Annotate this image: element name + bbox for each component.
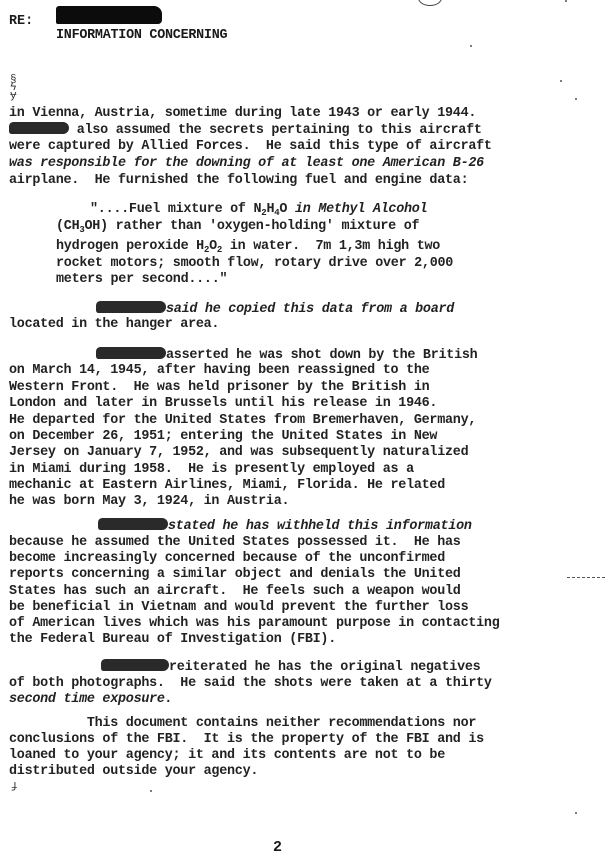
text-line: conclusions of the FBI. It is the proper… [9, 732, 484, 748]
redaction-block [96, 347, 166, 359]
speck [575, 98, 577, 100]
text-line: He departed for the United States from B… [9, 413, 476, 429]
quote-line: (CH3OH) rather than 'oxygen-holding' mix… [56, 219, 419, 238]
text-line: on March 14, 1945, after having been rea… [9, 363, 429, 379]
redaction-block [101, 659, 169, 671]
text-line: was responsible for the downing of at le… [9, 156, 484, 172]
text-line: in Miami during 1958. He is presently em… [9, 462, 414, 478]
text-line: be beneficial in Vietnam and would preve… [9, 600, 468, 616]
redaction-block [96, 301, 166, 313]
speck [150, 790, 152, 792]
subject-line: INFORMATION CONCERNING [56, 28, 227, 43]
text-line: also assumed the secrets pertaining to t… [9, 122, 482, 139]
text-line: London and later in Brussels until his r… [9, 396, 437, 412]
text-line: he was born May 3, 1924, in Austria. [9, 494, 289, 510]
re-label: RE: [9, 14, 33, 29]
text-line: were captured by Allied Forces. He said … [9, 139, 492, 155]
text-line: become increasingly concerned because of… [9, 551, 445, 567]
text-line: loaned to your agency; it and its conten… [9, 748, 445, 764]
text-line: Western Front. He was held prisoner by t… [9, 380, 429, 396]
redaction-block [98, 518, 168, 530]
text-line: mechanic at Eastern Airlines, Miami, Flo… [9, 478, 445, 494]
text-line: distributed outside your agency. [9, 764, 258, 780]
page-number: 2 [273, 839, 282, 856]
text-line: of American lives which was his paramoun… [9, 616, 500, 632]
text-line: located in the hanger area. [9, 317, 219, 333]
redaction-block [9, 122, 69, 134]
speck [565, 0, 567, 2]
stamp-circle-fragment [418, 0, 442, 6]
margin-dash [567, 577, 605, 578]
redaction-block [56, 6, 162, 24]
text-line: said he copied this data from a board [96, 301, 454, 318]
text-line: of both photographs. He said the shots w… [9, 676, 492, 692]
text-line: stated he has withheld this information [98, 518, 472, 535]
text-line: the Federal Bureau of Investigation (FBI… [9, 632, 336, 648]
text-line: asserted he was shot down by the British [96, 347, 477, 364]
margin-scribble: ɟ [11, 782, 18, 790]
text-line: second time exposure. [9, 692, 173, 708]
text-line: States has such an aircraft. He feels su… [9, 584, 461, 600]
speck [575, 812, 577, 814]
speck [560, 80, 562, 82]
text-line: on December 26, 1951; entering the Unite… [9, 429, 437, 445]
text-line: Jersey on January 7, 1952, and was subse… [9, 445, 468, 461]
text-line: This document contains neither recommend… [9, 716, 476, 732]
text-line: in Vienna, Austria, sometime during late… [9, 106, 476, 122]
margin-scribble: §ϟɏ [10, 76, 17, 100]
document-page: RE: INFORMATION CONCERNING §ϟɏ in Vienna… [0, 0, 609, 857]
text-line: reiterated he has the original negatives [101, 659, 480, 676]
speck [470, 45, 472, 47]
quote-line: meters per second...." [56, 272, 227, 288]
text-line: airplane. He furnished the following fue… [9, 173, 468, 189]
text-line: reports concerning a similar object and … [9, 567, 461, 583]
quote-line: rocket motors; smooth flow, rotary drive… [56, 256, 453, 272]
text-line: because he assumed the United States pos… [9, 535, 461, 551]
